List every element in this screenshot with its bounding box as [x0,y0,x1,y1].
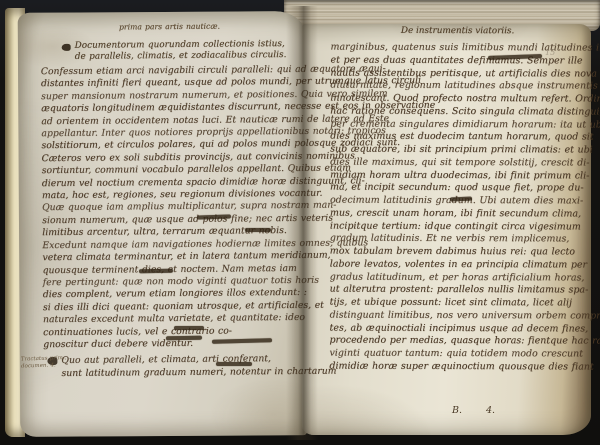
signature-number: 4. [486,405,495,416]
ink-strikethrough [450,197,472,202]
manuscript-line: gradus latitudinum, et per horas artific… [330,271,584,285]
right-body-text: marginibus, quatenus suis limitibus mund… [329,42,584,374]
manuscript-line: dies ille maximus, qui sit tempore solst… [330,156,584,170]
manuscript-line: mus, crescit unam horam, ibi finit secun… [330,207,584,221]
manuscript-line: documen. 4. [21,362,57,370]
manuscript-line: naturales excedunt multa varietate, et q… [43,312,301,327]
manuscript-line: ma, et incipit secundum: quod usque fiet… [330,182,584,196]
margin-note: Tractatus prim.,documen. 4. [21,355,57,369]
folio-number: 15 [545,48,555,57]
manuscript-line: tijs, et ubique possunt: licet sint clim… [330,297,584,311]
left-closing-paragraph: Quo aut paralleli, et climata, arti conf… [49,353,301,380]
manuscript-line: per crementa singulares dimidiarum horar… [330,118,584,132]
running-head-right: De instrumentis viatoriis. [331,26,585,37]
manuscript-line: innotescant. Quod profecto nostra multum… [330,93,584,107]
section-heading: Documentorum quorundam collectionis isti… [75,39,299,63]
manuscript-line: incipitque tertium: idque contingit circ… [330,220,584,234]
manuscript-line: appellantur. Inter quos notiores proprij… [41,126,299,141]
left-page-text: prima pars artis nauticæ. Documentorum q… [40,21,301,380]
ink-strikethrough [166,336,202,341]
manuscript-line: ut alterutra prostent: parallelos nullis… [330,284,584,298]
manuscript-line: super mansionum nostrarum numerum, et po… [41,89,299,104]
manuscript-line: fere pertingunt: quæ non modo viginti qu… [43,275,301,290]
manuscript-line: sub æquatore, ibi sit principium primi c… [330,144,584,158]
manuscript-line: viginti quatuor tantum: quia totidem mod… [329,348,583,362]
manuscript-photo: prima pars artis nauticæ. Documentorum q… [0,0,600,445]
ink-strikethrough [139,269,173,274]
manuscript-line: dies maximus est duodecim tantum horarum… [330,131,584,145]
signature-mark: B. 4. [452,405,495,416]
manuscript-line: hac ratione consequens. Scito singula cl… [330,105,584,119]
section-heading-lines: Documentorum quorundam collectionis isti… [75,39,299,63]
manuscript-line: labore levatos, volentes in ea principia… [330,258,584,272]
paragraph-mark-icon [62,44,71,51]
ink-strikethrough [174,326,204,330]
manuscript-line: Excedunt namque iam navigationes hodiern… [42,238,300,253]
gutter-shadow [286,6,318,440]
ink-strikethrough [216,362,252,366]
manuscript-line: sionum numerum, quæ usque ad polos fine;… [42,213,300,228]
ink-strikethrough [245,228,271,232]
manuscript-line: Confessum etiam arci navigabili circuli … [41,64,299,79]
left-body-text: Confessum etiam arci navigabili circuli … [41,64,301,352]
manuscript-line: midiam horam ultra duodecimas, ibi finit… [330,169,584,183]
manuscript-line: mox tabulam brevem dabimus huius rei: qu… [330,246,584,260]
manuscript-line: tes, ab æquinoctiali incipimus usque ad … [330,322,584,336]
manuscript-line: gradum latitudinis. Et ne verbis rem imp… [330,233,584,247]
manuscript-line: diuturnitate, regionum latitudines absqu… [330,80,584,94]
manuscript-line: sunt latitudinum graduum numeri, notentu… [61,366,301,381]
manuscript-line: procedendo per medias, quasque horas: fi… [329,335,583,349]
manuscript-line: dimidiæ horæ super æquinoctium quousque … [329,360,583,374]
manuscript-line: de parallelis, climatis, et zodiacalibus… [75,50,299,63]
left-closing-lines: Quo aut paralleli, et climata, arti conf… [49,353,301,380]
manuscript-line: Quo aut paralleli, et climata, arti conf… [61,353,301,368]
manuscript-line: distinguant limitibus, nos vero universu… [330,309,584,323]
running-head-left: prima pars artis nauticæ. [40,21,298,32]
manuscript-line: sortiuntur, communi vocabulo parallelos … [42,163,300,178]
manuscript-line: nautis assistentibus peritisque, ut arti… [330,67,584,81]
signature-letter: B. [452,405,462,416]
